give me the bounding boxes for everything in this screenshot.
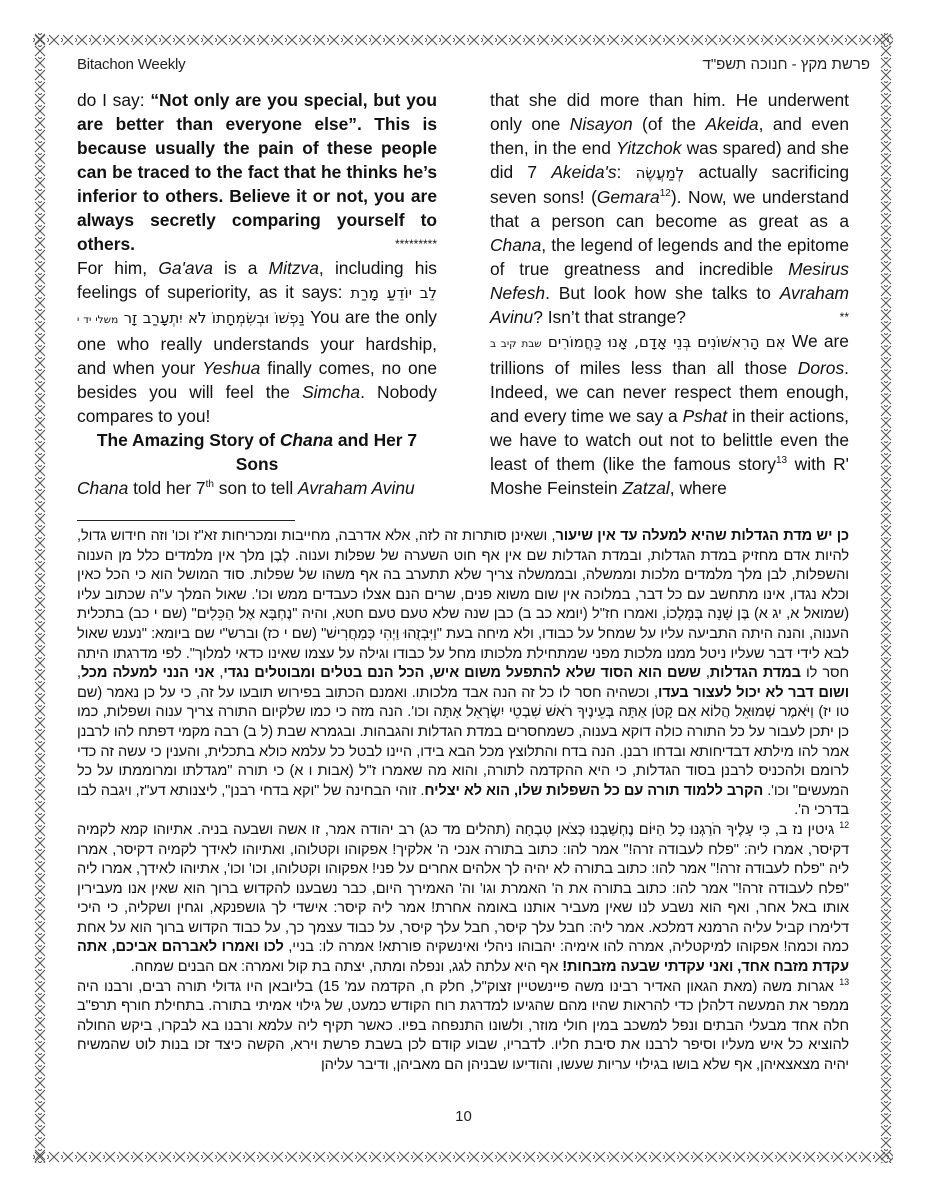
- paragraph: do I say: “Not only are you special, but…: [77, 88, 437, 256]
- section-heading: The Amazing Story of Chana and Her 7 Son…: [77, 428, 437, 476]
- publication-title: Bitachon Weekly: [77, 56, 185, 73]
- decorative-border-bottom: [33, 1150, 893, 1164]
- italic-term: Yitzchok: [616, 138, 681, 158]
- hebrew-word: לְמַעֲשֶׂה: [636, 164, 685, 182]
- footnote-separator: [77, 520, 295, 521]
- text: , וכשהיה חסר לו כל זה הנה אבד מלכותו. וא…: [77, 685, 849, 799]
- italic-term: Nisayon: [570, 114, 633, 134]
- text: ,: [214, 665, 223, 681]
- text: For him,: [77, 258, 158, 278]
- text: , where: [670, 478, 727, 498]
- section-marker: *********: [395, 232, 437, 256]
- bold-quote: “Not only are you special, but you are b…: [77, 90, 437, 254]
- text: אף היא עלתה לגג, ונפלה ומתה, יצתה בת קול…: [131, 959, 563, 975]
- footnotes: כן יש מדת הגדלות שהיא למעלה עד אין שיעור…: [77, 527, 849, 1076]
- italic-term: Zatzal: [622, 478, 669, 498]
- bold-text: במדת הגדלות: [710, 665, 801, 681]
- footnote-12: 12 גיטין נז ב, כִּי עָלֶיךָ הֹרַגְנוּ כָ…: [77, 821, 849, 978]
- paragraph: Chana told her 7th son to tell Avraham A…: [77, 476, 437, 500]
- text: , ושאינן סותרות זה לזה, אלא אדרבה, מחייב…: [77, 528, 849, 681]
- bold-text: אני הנני למעלה מכל: [81, 665, 214, 681]
- cross-stitch-border-icon: [33, 1150, 893, 1164]
- footnote-number: 12: [839, 820, 849, 830]
- text: :: [617, 162, 636, 182]
- parsha-title: פרשת מקץ - חנוכה תשפ"ד: [703, 56, 871, 73]
- text: (of the: [633, 114, 706, 134]
- hebrew-source: משלי יד י: [77, 314, 118, 326]
- footnote-number: 13: [839, 977, 849, 987]
- bold-text: ששם הוא הסוד שלא להתפעל משום איש, הכל הנ…: [223, 665, 700, 681]
- paragraph: For him, Ga'ava is a Mitzva, including h…: [77, 256, 437, 428]
- italic-term: Chana: [280, 430, 333, 450]
- italic-term: Mitzva: [269, 258, 319, 278]
- italic-term: Doros: [798, 358, 844, 378]
- cross-stitch-border-icon: [33, 33, 47, 1163]
- bold-text: ושום דבר לא יכול לעצור בעדו: [658, 685, 849, 701]
- footnote-13: 13 אגרות משה (מאת הגאון האדיר רבינו משה …: [77, 978, 849, 1076]
- text: do I say:: [77, 90, 150, 110]
- text: is a: [213, 258, 269, 278]
- cross-stitch-border-icon: [879, 33, 893, 1163]
- decorative-border-left: [33, 33, 47, 1163]
- bold-text: כן יש מדת הגדלות שהיא למעלה עד אין שיעור: [555, 528, 849, 544]
- cross-stitch-border-icon: [33, 33, 893, 47]
- italic-term: Ga'ava: [158, 258, 213, 278]
- hebrew-source: שבת קיב ב: [490, 338, 542, 350]
- bold-text: הקרב ללמוד תורה עם כל השפלות שלו, הוא לא…: [424, 783, 763, 799]
- left-column: do I say: “Not only are you special, but…: [77, 88, 437, 500]
- decorative-border-top: [33, 33, 893, 47]
- text: ,: [701, 665, 710, 681]
- right-column: that she did more than him. He underwent…: [490, 88, 849, 500]
- text: . But look how she talks to: [545, 283, 780, 303]
- page-number: 10: [0, 1108, 927, 1125]
- footnote-ref-13[interactable]: 13: [776, 455, 787, 466]
- text: son to tell: [214, 478, 298, 498]
- italic-term: Chana: [490, 235, 541, 255]
- italic-term: Pshat: [683, 406, 727, 426]
- text: ? Isn’t that strange?: [533, 307, 686, 327]
- paragraph: אִם הָרִאשׁוֹנִים בְּנֵי אָדָם, אָנוּ כַ…: [490, 329, 849, 500]
- hebrew-quote: אִם הָרִאשׁוֹנִים בְּנֵי אָדָם, אָנוּ כַ…: [548, 333, 786, 351]
- text: told her 7: [128, 478, 205, 498]
- superscript: th: [206, 479, 214, 490]
- italic-term: Simcha: [302, 382, 360, 402]
- italic-term: Chana: [77, 478, 128, 498]
- section-marker: **: [840, 305, 849, 329]
- text: גיטין נז ב, כִּי עָלֶיךָ הֹרַגְנוּ כָל ה…: [77, 822, 849, 956]
- italic-term: Akeida: [705, 114, 758, 134]
- italic-term: Gemara: [597, 187, 660, 207]
- italic-term: Avraham Avinu: [298, 478, 415, 498]
- text: אגרות משה (מאת הגאון האדיר רבינו משה פיי…: [77, 979, 849, 1073]
- italic-term: Yeshua: [202, 358, 260, 378]
- decorative-border-right: [879, 33, 893, 1163]
- footnote-continued: כן יש מדת הגדלות שהיא למעלה עד אין שיעור…: [77, 527, 849, 821]
- paragraph: that she did more than him. He underwent…: [490, 88, 849, 329]
- footnote-ref-12[interactable]: 12: [660, 188, 671, 199]
- text: The Amazing Story of: [97, 430, 280, 450]
- italic-term: Akeida's: [551, 162, 616, 182]
